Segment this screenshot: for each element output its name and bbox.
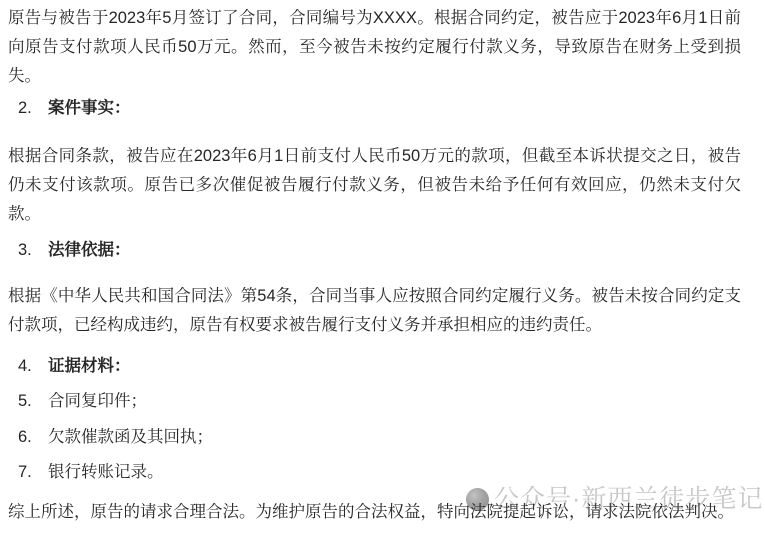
list-item-contract-copy: 5. 合同复印件； bbox=[8, 387, 741, 416]
list-item-demand-letter: 6. 欠款催款函及其回执； bbox=[8, 423, 741, 452]
paragraph-case-facts: 根据合同条款，被告应在2023年6月1日前支付人民币50万元的款项，但截至本诉状… bbox=[8, 142, 741, 229]
section-heading-label: 案件事实： bbox=[48, 94, 131, 123]
section-heading-legal-basis: 3. 法律依据： bbox=[8, 236, 741, 265]
list-number: 2. bbox=[18, 94, 48, 123]
section-heading-label: 证据材料： bbox=[48, 352, 131, 381]
paragraph-contract-background: 原告与被告于2023年5月签订了合同，合同编号为XXXX。根据合同约定，被告应于… bbox=[8, 4, 741, 91]
list-item-label: 合同复印件； bbox=[48, 387, 147, 416]
list-item-bank-records: 7. 银行转账记录。 bbox=[8, 458, 741, 487]
paragraph-conclusion: 综上所述，原告的请求合理合法。为维护原告的合法权益，特向法院提起诉讼，请求法院依… bbox=[8, 498, 741, 527]
list-number: 4. bbox=[18, 352, 48, 381]
paragraph-legal-basis: 根据《中华人民共和国合同法》第54条，合同当事人应按照合同约定履行义务。被告未按… bbox=[8, 282, 741, 340]
list-item-label: 银行转账记录。 bbox=[48, 458, 164, 487]
list-number: 5. bbox=[18, 387, 48, 416]
list-number: 6. bbox=[18, 423, 48, 452]
section-heading-case-facts: 2. 案件事实： bbox=[8, 94, 741, 123]
list-number: 3. bbox=[18, 236, 48, 265]
list-number: 7. bbox=[18, 458, 48, 487]
section-heading-evidence: 4. 证据材料： bbox=[8, 352, 741, 381]
list-item-label: 欠款催款函及其回执； bbox=[48, 423, 213, 452]
legal-document: 原告与被告于2023年5月签订了合同，合同编号为XXXX。根据合同约定，被告应于… bbox=[0, 0, 765, 527]
section-heading-label: 法律依据： bbox=[48, 236, 131, 265]
